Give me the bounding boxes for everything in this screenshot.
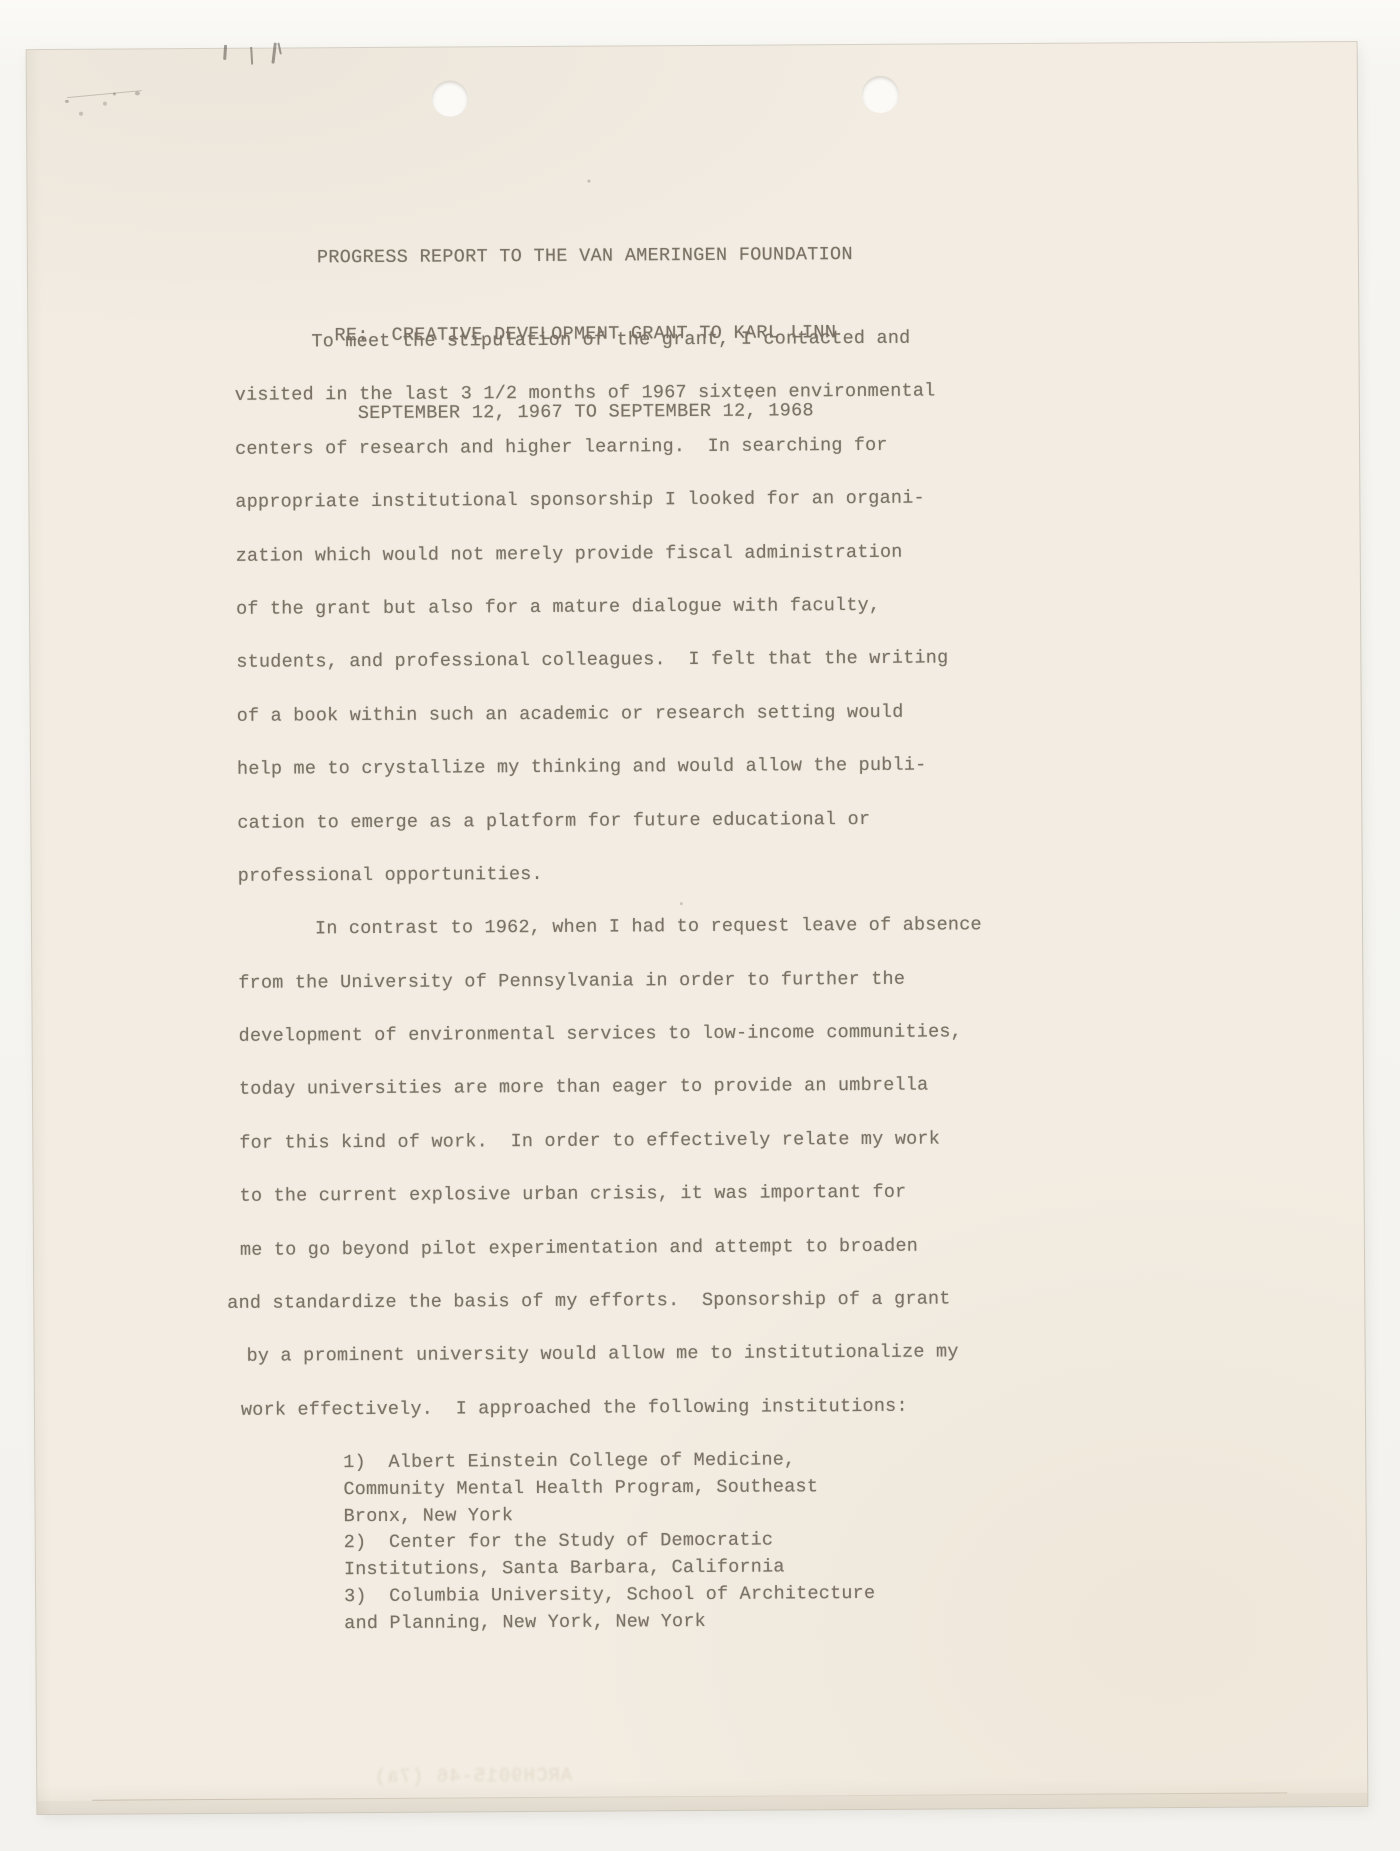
dust-speck xyxy=(103,102,107,106)
typed-line: zation which would not merely provide fi… xyxy=(236,523,1236,582)
title-line-1: PROGRESS REPORT TO THE VAN AMERINGEN FOU… xyxy=(185,241,985,272)
typed-line: To meet the stipulation of the grant, I … xyxy=(234,310,1234,369)
scan-background: { "document": { "title_lines": [ "PROGRE… xyxy=(0,0,1400,1851)
institution-list: 1) Albert Einstein College of Medicine,C… xyxy=(343,1445,1144,1637)
typed-line: development of environmental services to… xyxy=(238,1004,1238,1063)
typed-line: appropriate institutional sponsorship I … xyxy=(235,470,1235,529)
typed-line: of the grant but also for a mature dialo… xyxy=(236,577,1236,636)
typed-line: In contrast to 1962, when I had to reque… xyxy=(238,897,1238,956)
bleedthrough-stamp: ARCH9015-46 (7a) xyxy=(332,1765,572,1788)
typed-line: and standardize the basis of my efforts.… xyxy=(227,1271,1240,1331)
typed-line: by a prominent university would allow me… xyxy=(246,1324,1240,1383)
pencil-mark xyxy=(223,45,227,60)
typed-line: me to go beyond pilot experimentation an… xyxy=(240,1217,1240,1276)
dust-speck xyxy=(79,112,83,116)
typed-line: to the current explosive urban crisis, i… xyxy=(239,1164,1239,1223)
punch-hole-left xyxy=(432,80,468,116)
body-lines: To meet the stipulation of the grant, I … xyxy=(234,310,1241,1437)
typed-line: today universities are more than eager t… xyxy=(239,1057,1239,1116)
paper-bottom-shading xyxy=(37,1793,1367,1814)
pencil-mark xyxy=(250,47,253,65)
typed-line: centers of research and higher learning.… xyxy=(235,416,1235,475)
typed-line: from the University of Pennsylvania in o… xyxy=(238,950,1238,1009)
dust-speck xyxy=(135,91,140,95)
typed-line: help me to crystallize my thinking and w… xyxy=(237,737,1237,796)
typed-line: visited in the last 3 1/2 months of 1967… xyxy=(235,363,1235,422)
pencil-mark xyxy=(277,42,282,54)
dust-speck xyxy=(65,100,69,103)
typed-line: for this kind of work. In order to effec… xyxy=(239,1111,1239,1170)
dust-speck xyxy=(587,180,590,183)
dust-speck xyxy=(113,93,116,96)
typed-line: and Planning, New York, New York xyxy=(344,1606,1144,1638)
typed-line: cation to emerge as a platform for futur… xyxy=(237,790,1237,849)
typed-line: professional opportunities. xyxy=(238,844,1238,903)
pencil-mark xyxy=(271,42,276,63)
scanned-page: PROGRESS REPORT TO THE VAN AMERINGEN FOU… xyxy=(27,42,1368,1814)
typed-line: students, and professional colleagues. I… xyxy=(236,630,1236,689)
punch-hole-right xyxy=(862,76,899,113)
typed-line: work effectively. I approached the follo… xyxy=(241,1377,1241,1436)
pencil-scratch xyxy=(67,90,142,98)
typed-line: of a book within such an academic or res… xyxy=(237,683,1237,742)
